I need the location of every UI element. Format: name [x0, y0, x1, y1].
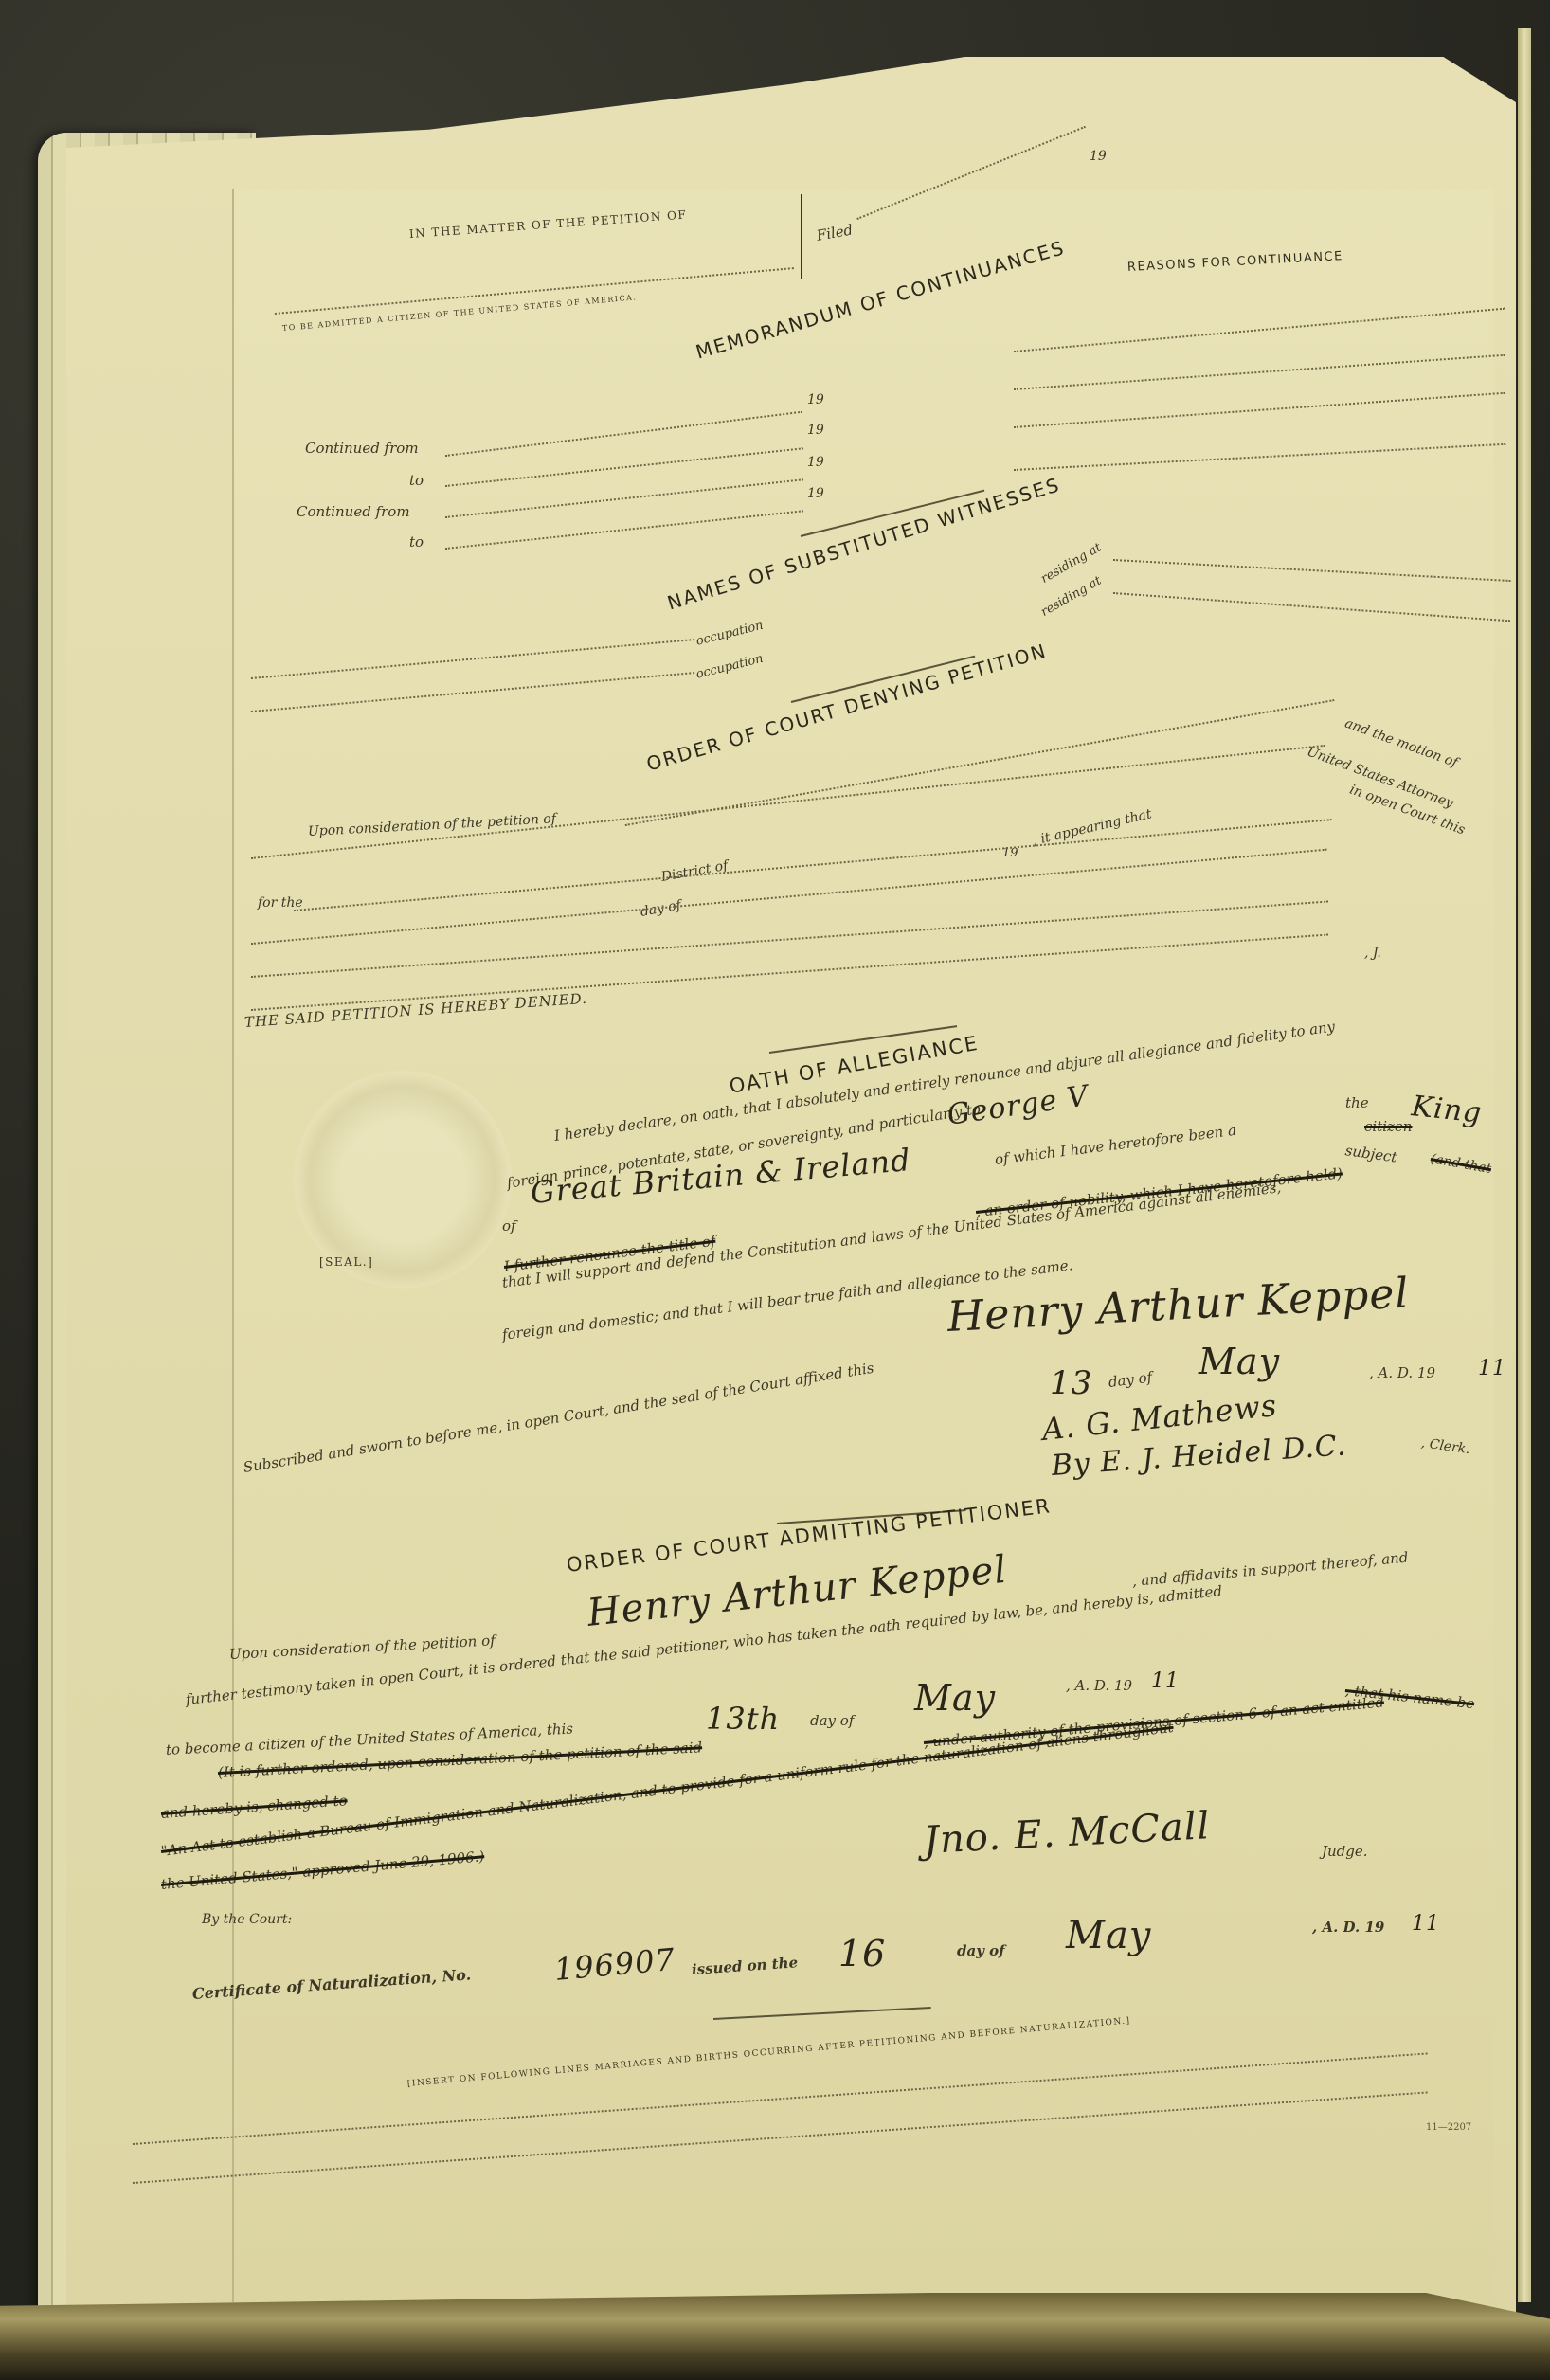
continued-from-label-1: Continued from [305, 440, 419, 457]
denial-judge-suffix: , J. [1364, 946, 1381, 961]
to-label-2: to [409, 533, 424, 550]
sworn-day: 13 [1050, 1364, 1092, 1402]
certificate-issued-day: 16 [838, 1933, 886, 1974]
sworn-ad: , A. D. 19 [1369, 1364, 1435, 1381]
certificate-issued-month: May [1066, 1914, 1151, 1957]
continuance-year-1: 19 [807, 392, 824, 407]
judge-label: Judge. [1322, 1843, 1368, 1860]
facing-page-edge [1518, 28, 1531, 2302]
continuance-year-4: 19 [807, 486, 824, 501]
filed-bracket [801, 194, 802, 279]
admission-day: 13th [706, 1701, 780, 1737]
sworn-month: May [1199, 1341, 1280, 1382]
oath-the-label: the [1345, 1094, 1369, 1111]
admission-ad: , A. D. 19 [1066, 1677, 1132, 1694]
admission-year-suffix: 11 [1151, 1669, 1180, 1693]
sworn-year-suffix: 11 [1478, 1357, 1506, 1380]
book-binding-bottom [0, 2293, 1550, 2380]
certificate-ad: , A. D. 19 [1312, 1919, 1384, 1936]
continued-from-label-2: Continued from [297, 503, 410, 520]
certificate-day-of: day of [957, 1942, 1005, 1959]
oath-of-label: of [502, 1217, 516, 1235]
by-the-court: By the Court: [202, 1912, 292, 1927]
continuance-year-3: 19 [807, 455, 824, 470]
denial-for-the: for the [258, 895, 303, 911]
continuance-year-2: 19 [807, 423, 824, 438]
certificate-year-suffix: 11 [1412, 1912, 1440, 1936]
seal-label: [SEAL.] [319, 1255, 373, 1269]
form-number: 11—2207 [1426, 2122, 1471, 2133]
red-page-stamp [64, 2179, 93, 2255]
to-label-1: to [409, 472, 424, 489]
admission-month: May [914, 1677, 996, 1719]
oath-struck-citizen: citizen [1364, 1118, 1412, 1135]
filed-year: 19 [1090, 149, 1107, 164]
admission-day-of: day of [810, 1712, 854, 1729]
